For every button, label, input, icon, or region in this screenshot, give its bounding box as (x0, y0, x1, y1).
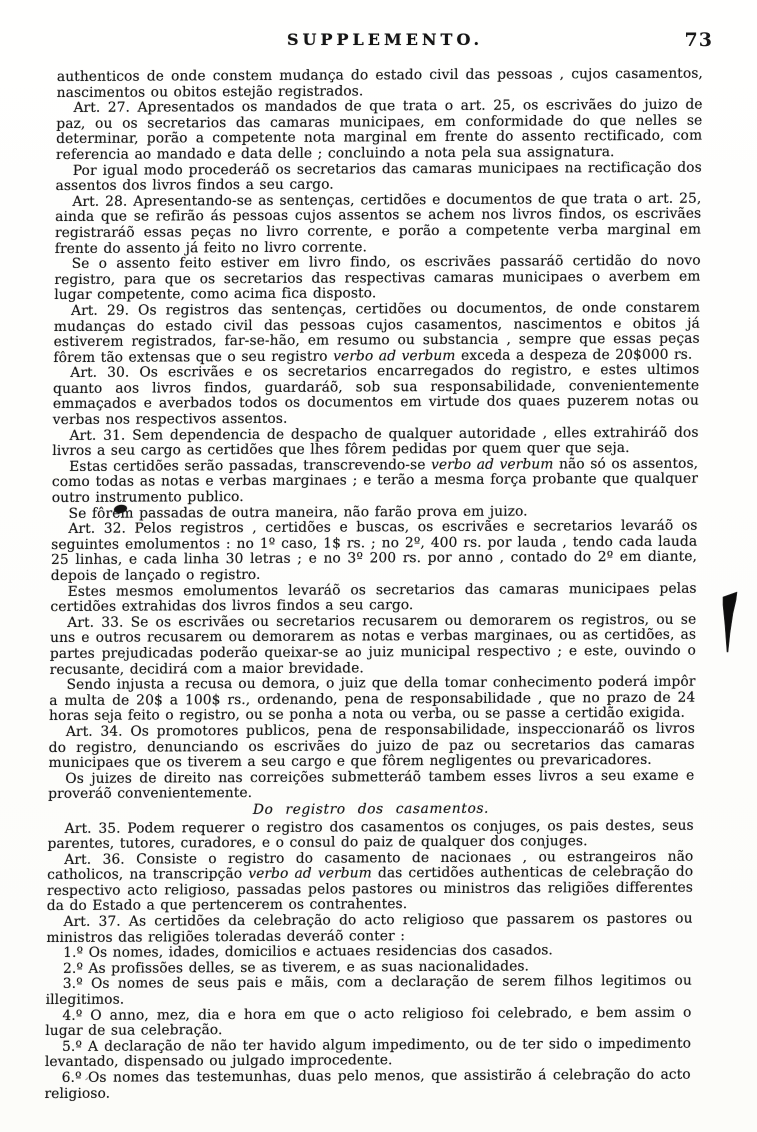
text-run: verbo ad verbum (431, 456, 554, 473)
paragraph: 5.º A declaração de não ter havido algum… (45, 1036, 691, 1071)
paragraph: 4.º O anno, mez, dia e hora em que o act… (45, 1005, 691, 1040)
text-run: Art. 32. Pelos registros , certidões e b… (51, 518, 698, 584)
text-run: Art. 35. Podem requerer o registro dos c… (47, 817, 693, 852)
text-run: exceda a despeza de 20$000 rs. (455, 346, 692, 363)
text-run: authenticos de onde constem mudança do e… (57, 66, 703, 101)
text-run: Estes mesmos emolumentos levaráõ os secr… (50, 580, 696, 615)
paragraph: Art. 36. Consiste o registro do casament… (47, 849, 694, 915)
paragraph: Os juizes de direito nas correições subm… (48, 768, 694, 803)
text-run: 4.º O anno, mez, dia e hora em que o act… (45, 1004, 691, 1039)
page-title: SUPPLEMENTO. (57, 30, 713, 49)
paragraph: Art. 31. Sem dependencia de despacho de … (52, 425, 698, 460)
text-run: Art. 37. As certidões da celebração do a… (46, 911, 692, 946)
scanned-document-page: SUPPLEMENTO. 73 authenticos de onde cons… (0, 0, 757, 1132)
paragraph: Sendo injusta a recusa ou demora, o juiz… (49, 675, 696, 725)
text-run: verbo ad verbum (248, 866, 372, 883)
paragraph: Art. 34. Os promotores publicos, pena de… (48, 722, 695, 772)
paragraph: 6.º Os nomes das testemunhas, duas pelo … (44, 1068, 690, 1103)
text-run: Os juizes de direito nas correições subm… (48, 767, 694, 802)
text-run: Art. 27. Apresentados os mandados de que… (56, 97, 703, 163)
text-run: Art. 33. Se os escrivães ou secretarios … (50, 611, 697, 677)
paragraph: Art. 28. Apresentando-se as sentenças, c… (55, 191, 702, 257)
paragraph: Art. 30. Os escrivães e os secretarios e… (53, 363, 700, 429)
text-run: Sendo injusta a recusa ou demora, o juiz… (49, 674, 696, 725)
paragraph: Estes mesmos emolumentos levaráõ os secr… (50, 581, 696, 616)
text-run: Art. 30. Os escrivães e os secretarios e… (53, 362, 700, 428)
ink-blot-icon (720, 591, 744, 657)
text-run: Por igual modo procederáõ os secretarios… (55, 159, 701, 194)
paragraph: Art. 27. Apresentados os mandados de que… (56, 98, 703, 164)
text-run: 3.º Os nomes de seus pais e mãis, com a … (46, 973, 692, 1008)
text-run: Art. 34. Os promotores publicos, pena de… (48, 721, 695, 772)
paragraph: Se o assento feito estiver em livro find… (54, 254, 701, 304)
paragraph: Art. 35. Podem requerer o registro dos c… (47, 818, 693, 853)
paragraph: Estas certidões serão passadas, transcre… (52, 456, 699, 506)
document-body: authenticos de onde constem mudança do e… (44, 67, 703, 1103)
text-run: verbo ad verbum (333, 348, 456, 365)
paragraph: authenticos de onde constem mudança do e… (57, 67, 703, 102)
text-run: Art. 28. Apresentando-se as sentenças, c… (55, 190, 702, 256)
text-run: Se o assento feito estiver em livro find… (54, 253, 701, 304)
paragraph: Art. 33. Se os escrivães ou secretarios … (50, 612, 697, 678)
paragraph: Art. 37. As certidões da celebração do a… (46, 912, 692, 947)
text-run: Do registro dos casamentos. (253, 801, 489, 818)
paragraph: Art. 29. Os registros das sentenças, cer… (53, 301, 700, 367)
page-number: 73 (685, 29, 713, 51)
text-run: 5.º A declaração de não ter havido algum… (45, 1035, 691, 1070)
page-header: SUPPLEMENTO. 73 (57, 30, 713, 56)
text-run: Art. 31. Sem dependencia de despacho de … (52, 424, 698, 459)
paragraph: Art. 32. Pelos registros , certidões e b… (51, 519, 698, 585)
paragraph: 3.º Os nomes de seus pais e mãis, com a … (46, 974, 692, 1009)
text-run: 6.º Os nomes das testemunhas, duas pelo … (44, 1067, 690, 1102)
paragraph: Por igual modo procederáõ os secretarios… (55, 160, 701, 195)
